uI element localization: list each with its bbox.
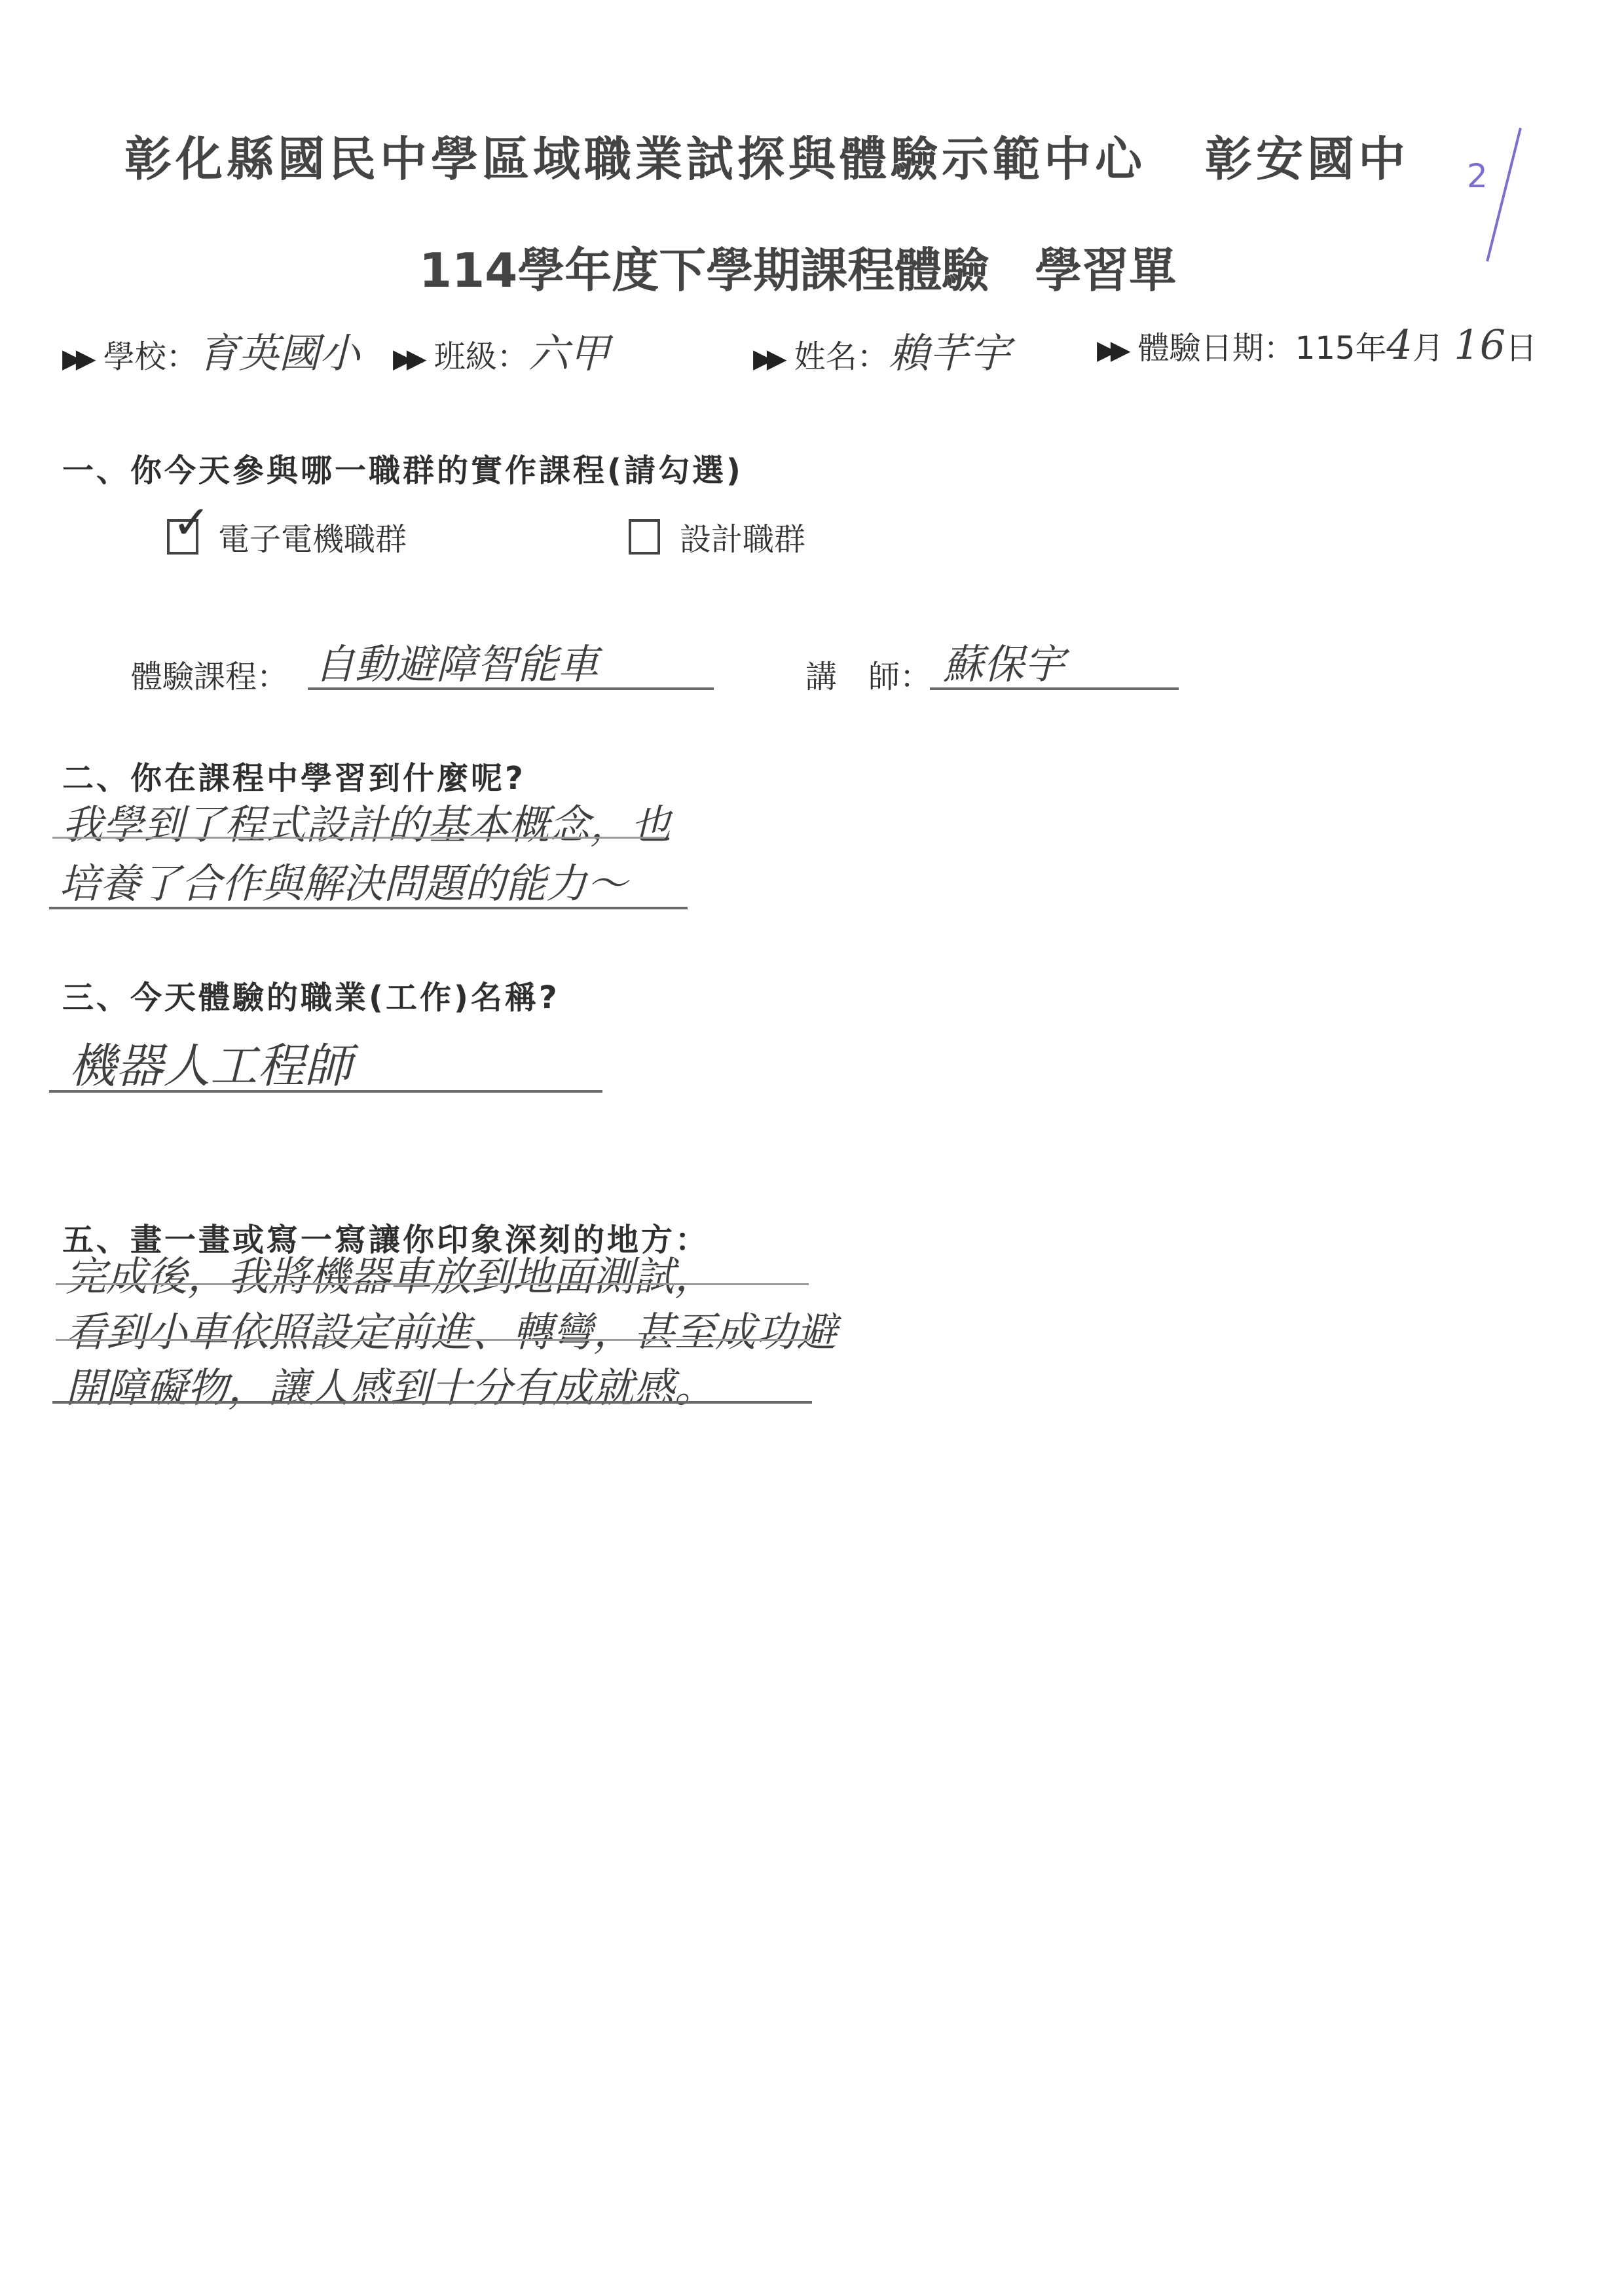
class-value[interactable]: 六甲 — [528, 329, 610, 377]
q5-underline-2 — [56, 1339, 809, 1341]
class-field: ▶▶ 班級：六甲 — [393, 321, 610, 379]
name-field: ▶▶ 姓名：賴芊宇 — [753, 321, 1010, 379]
name-value[interactable]: 賴芊宇 — [889, 329, 1010, 377]
checkmark-icon: ✓ — [172, 496, 211, 549]
option-design[interactable]: 設計職群 — [629, 514, 805, 559]
date-year-unit: 年 — [1355, 330, 1386, 367]
subtitle-term: 114學年度下學期課程體驗 — [419, 243, 989, 298]
date-month[interactable]: 4 — [1386, 321, 1412, 369]
course-value[interactable]: 自動避障智能車 — [314, 632, 599, 690]
subtitle-worksheet: 學習單 — [1035, 243, 1176, 298]
date-day-unit: 日 — [1505, 330, 1537, 367]
teacher-label: 講 師： — [805, 651, 931, 697]
q5-answer-line-2[interactable]: 看到小車依照設定前進、轉彎，甚至成功避 — [65, 1300, 837, 1358]
title-school-name: 彰安國中 — [1205, 132, 1409, 187]
document-subtitle: 114學年度下學期課程體驗學習單 — [419, 232, 1176, 301]
school-value[interactable]: 育英國小 — [198, 329, 360, 377]
teacher-underline — [930, 687, 1179, 690]
teacher-value[interactable]: 蘇保宇 — [943, 632, 1065, 690]
course-underline — [308, 687, 714, 690]
handwritten-slash-mark — [1486, 128, 1522, 262]
double-arrow-icon: ▶▶ — [62, 344, 90, 374]
double-arrow-icon: ▶▶ — [393, 344, 420, 374]
q2-answer-line-2[interactable]: 培養了合作與解決問題的能力～ — [59, 851, 627, 909]
title-center-name: 彰化縣國民中學區域職業試探與體驗示範中心 — [124, 132, 1146, 187]
q3-answer[interactable]: 機器人工程師 — [69, 1028, 352, 1096]
q2-answer-line-1[interactable]: 我學到了程式設計的基本概念，也 — [62, 792, 671, 850]
q5-underline-1 — [56, 1283, 809, 1285]
date-label: 體驗日期： — [1138, 330, 1295, 367]
course-label: 體驗課程： — [131, 651, 288, 697]
checkbox-checked[interactable]: ✓ — [167, 519, 198, 555]
date-year: 115 — [1295, 330, 1356, 367]
q2-underline-2 — [49, 907, 688, 909]
q1-heading: 一、你今天參與哪一職群的實作課程(請勾選) — [62, 445, 743, 490]
handwritten-page-number: 2 — [1467, 157, 1488, 195]
document-title: 彰化縣國民中學區域職業試探與體驗示範中心彰安國中 — [124, 121, 1409, 189]
option-electronics[interactable]: ✓電子電機職群 — [167, 514, 407, 559]
double-arrow-icon: ▶▶ — [1097, 335, 1124, 365]
school-field: ▶▶ 學校：育英國小 — [62, 321, 360, 379]
checkbox-unchecked[interactable] — [629, 519, 660, 555]
date-day[interactable]: 16 — [1454, 321, 1505, 369]
option-design-label: 設計職群 — [680, 521, 805, 558]
date-field: ▶▶ 體驗日期：115年4月 16日 — [1097, 321, 1537, 369]
q3-underline — [49, 1090, 602, 1093]
school-label: 學校： — [103, 338, 198, 375]
q5-answer-line-3[interactable]: 開障礙物，讓人感到十分有成就感。 — [65, 1355, 715, 1413]
option-electronics-label: 電子電機職群 — [218, 521, 407, 558]
q3-heading: 三、今天體驗的職業(工作)名稱? — [62, 972, 560, 1017]
double-arrow-icon: ▶▶ — [753, 344, 781, 374]
date-month-unit: 月 — [1412, 330, 1444, 367]
q5-answer-line-1[interactable]: 完成後，我將機器車放到地面測試， — [65, 1244, 715, 1302]
q2-heading: 二、你在課程中學習到什麼呢? — [62, 753, 526, 798]
q2-underline-1 — [52, 837, 665, 839]
name-label: 姓名： — [794, 338, 889, 375]
q5-underline-3 — [52, 1401, 812, 1404]
class-label: 班級： — [434, 338, 528, 375]
